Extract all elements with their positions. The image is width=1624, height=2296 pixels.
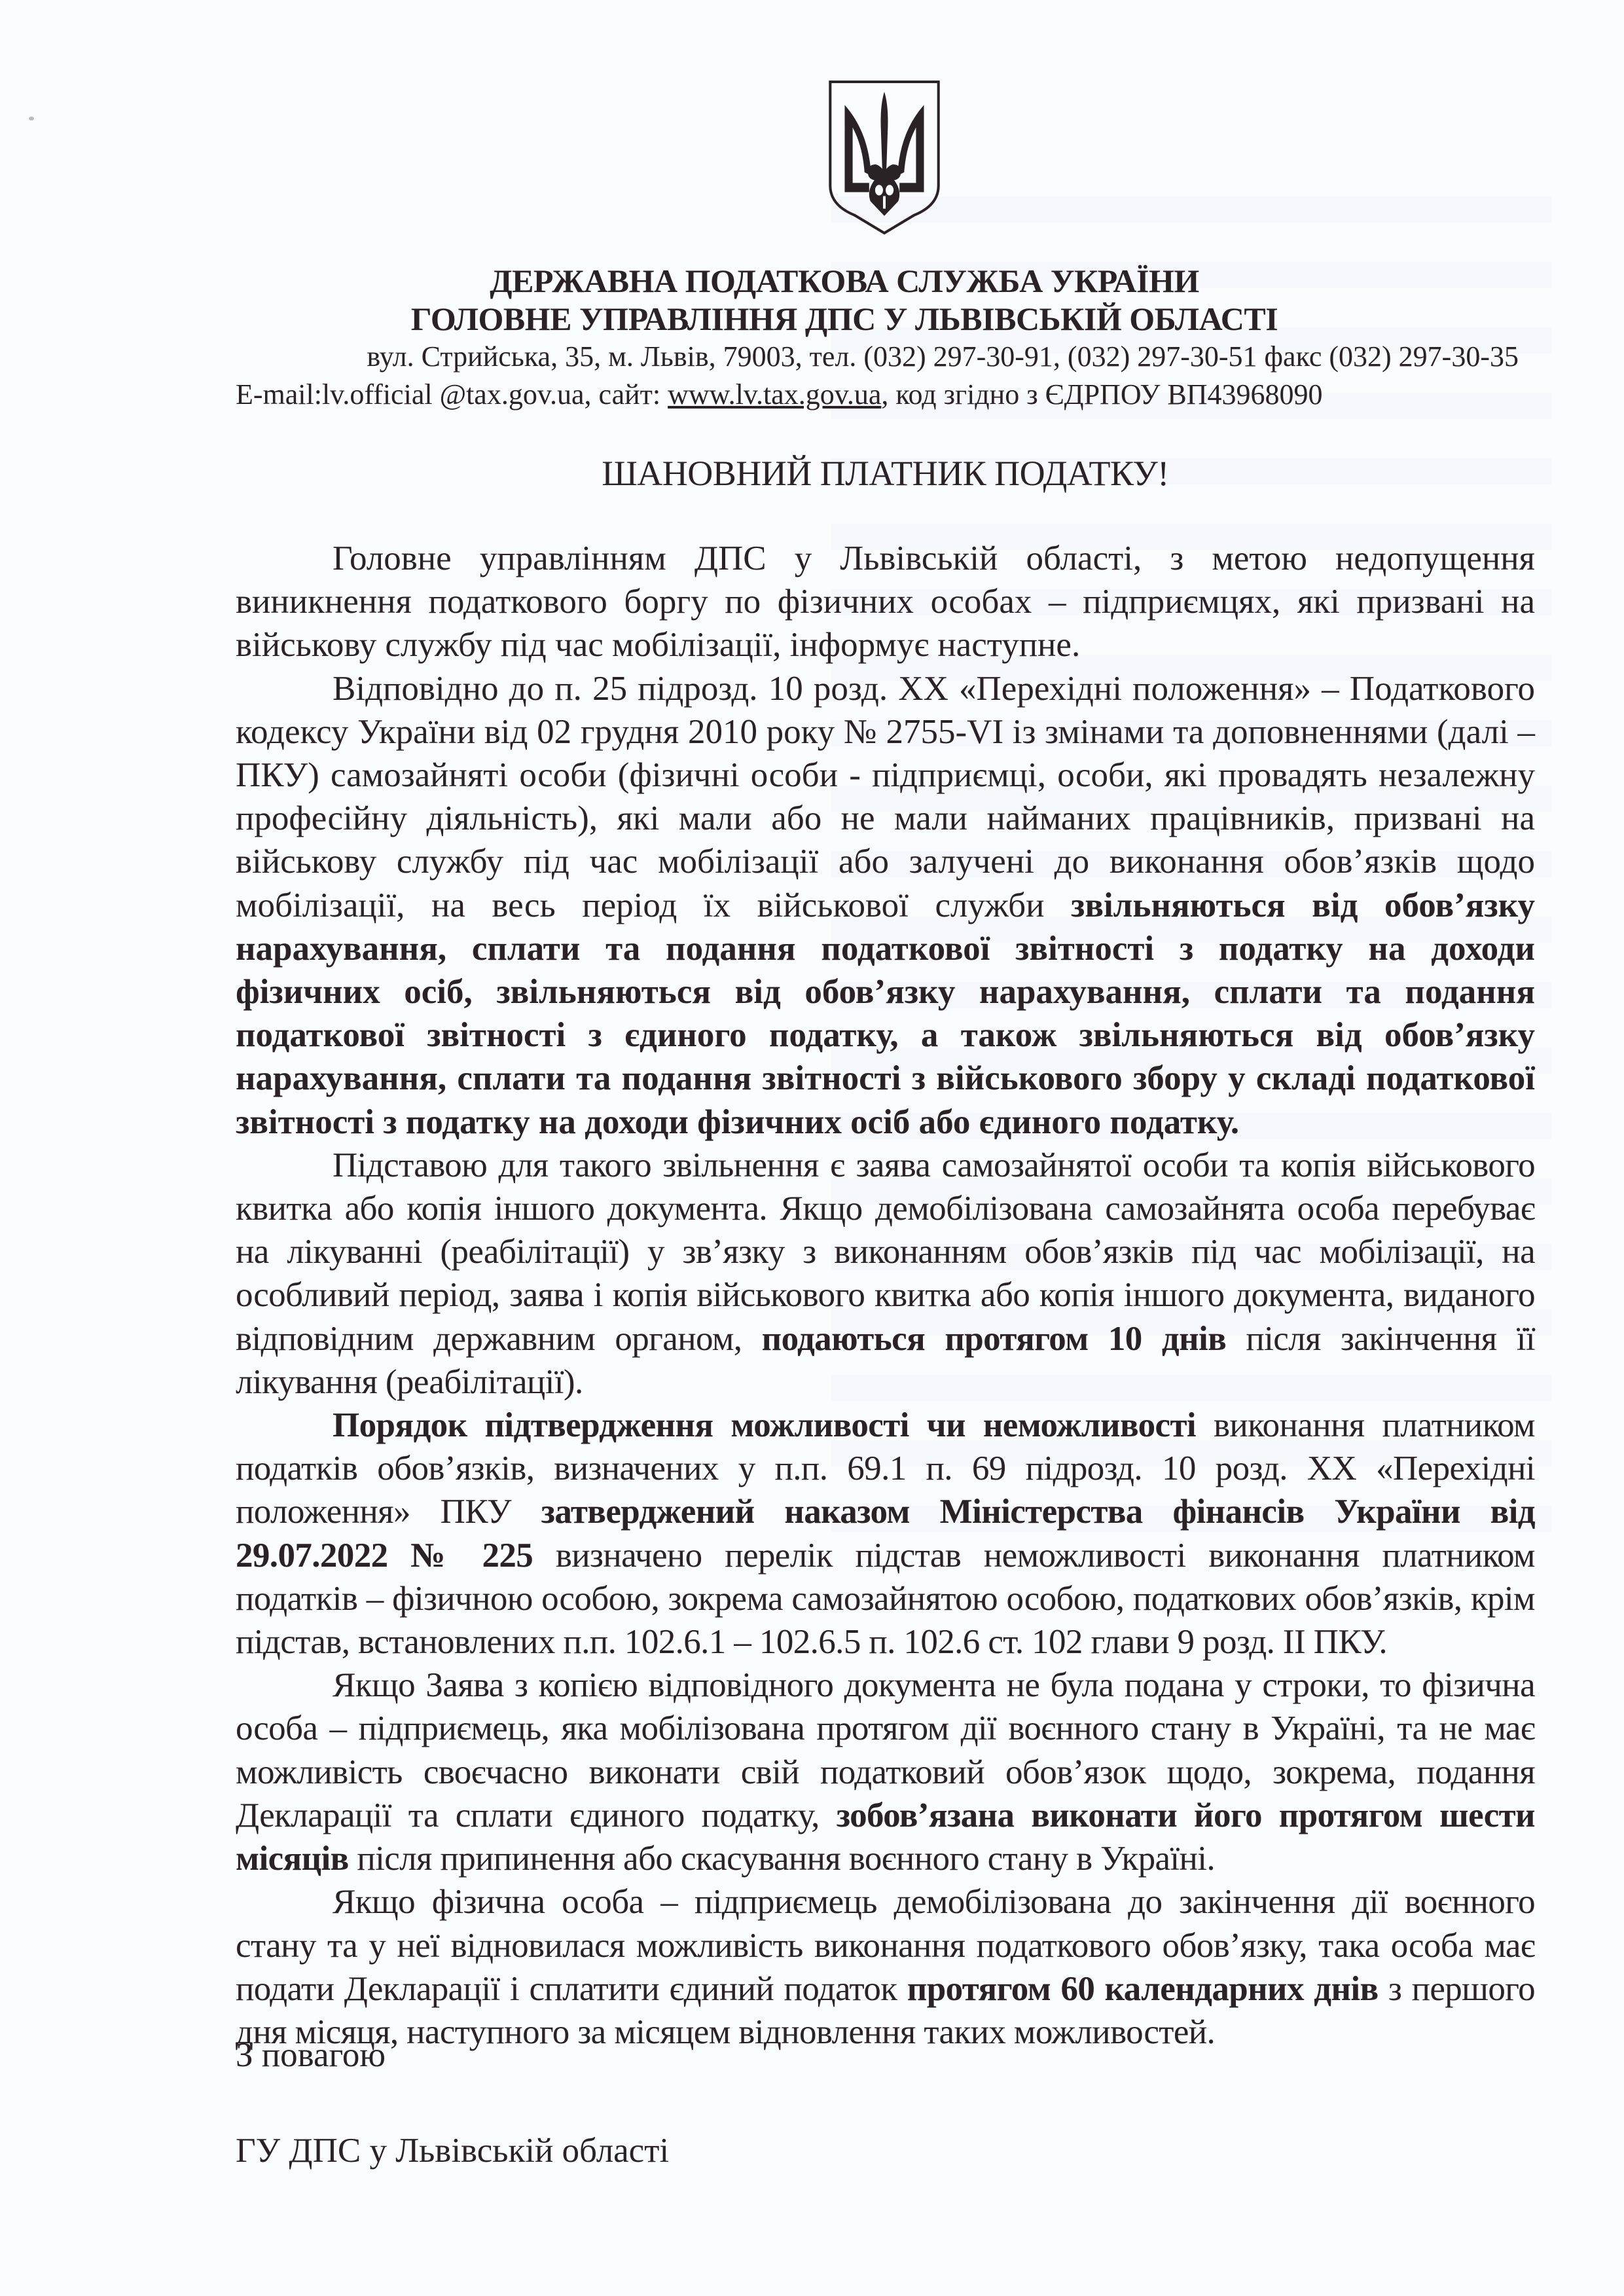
paragraph-2: Відповідно до п. 25 підрозд. 10 розд. XX… <box>236 667 1535 1144</box>
paragraph-1: Головне управлінням ДПС у Львівській обл… <box>236 537 1535 667</box>
letter-body: Головне управлінням ДПС у Львівській обл… <box>236 537 1535 2054</box>
salutation-heading: ШАНОВНИЙ ПЛАТНИК ПОДАТКУ! <box>236 452 1535 495</box>
paragraph-5: Якщо Заява з копією відповідного докумен… <box>236 1664 1535 1880</box>
coat-of-arms-trident-icon <box>826 80 943 236</box>
org-name-line-1: ДЕРЖАВНА ПОДАТКОВА СЛУЖБА УКРАЇНИ <box>196 262 1492 300</box>
letterhead: ДЕРЖАВНА ПОДАТКОВА СЛУЖБА УКРАЇНИ ГОЛОВН… <box>196 262 1492 414</box>
website-link[interactable]: www.lv.tax.gov.ua <box>668 378 881 410</box>
scan-speck <box>29 117 34 120</box>
signer-name: ГУ ДПС у Львівській області <box>236 2129 669 2172</box>
paragraph-6: Якщо фізична особа – підприємець демобіл… <box>236 1880 1535 2054</box>
paragraph-3-emphasis: подаються протягом 10 днів <box>762 1320 1227 1358</box>
contact-line: E-mail:lv.official @tax.gov.ua, сайт: ww… <box>236 376 1492 414</box>
paragraph-6-emphasis: протягом 60 календарних днів <box>907 1970 1379 2008</box>
paragraph-5-tail: після припинення або скасування воєнного… <box>349 1840 1215 1878</box>
org-name-line-2: ГОЛОВНЕ УПРАВЛІННЯ ДПС У ЛЬВІВСЬКІЙ ОБЛА… <box>196 300 1492 338</box>
paragraph-4-lead: Порядок підтвердження можливості чи немо… <box>333 1406 1196 1444</box>
paragraph-3: Підставою для такого звільнення є заява … <box>236 1144 1535 1404</box>
address-line: вул. Стрийська, 35, м. Львів, 79003, тел… <box>196 338 1519 376</box>
edrpou-code: , код згідно з ЄДРПОУ ВП43968090 <box>881 378 1322 410</box>
email-text: E-mail:lv.official @tax.gov.ua, сайт: <box>236 378 668 410</box>
closing-regards: З повагою <box>236 2033 386 2077</box>
paragraph-4: Порядок підтвердження можливості чи немо… <box>236 1404 1535 1664</box>
